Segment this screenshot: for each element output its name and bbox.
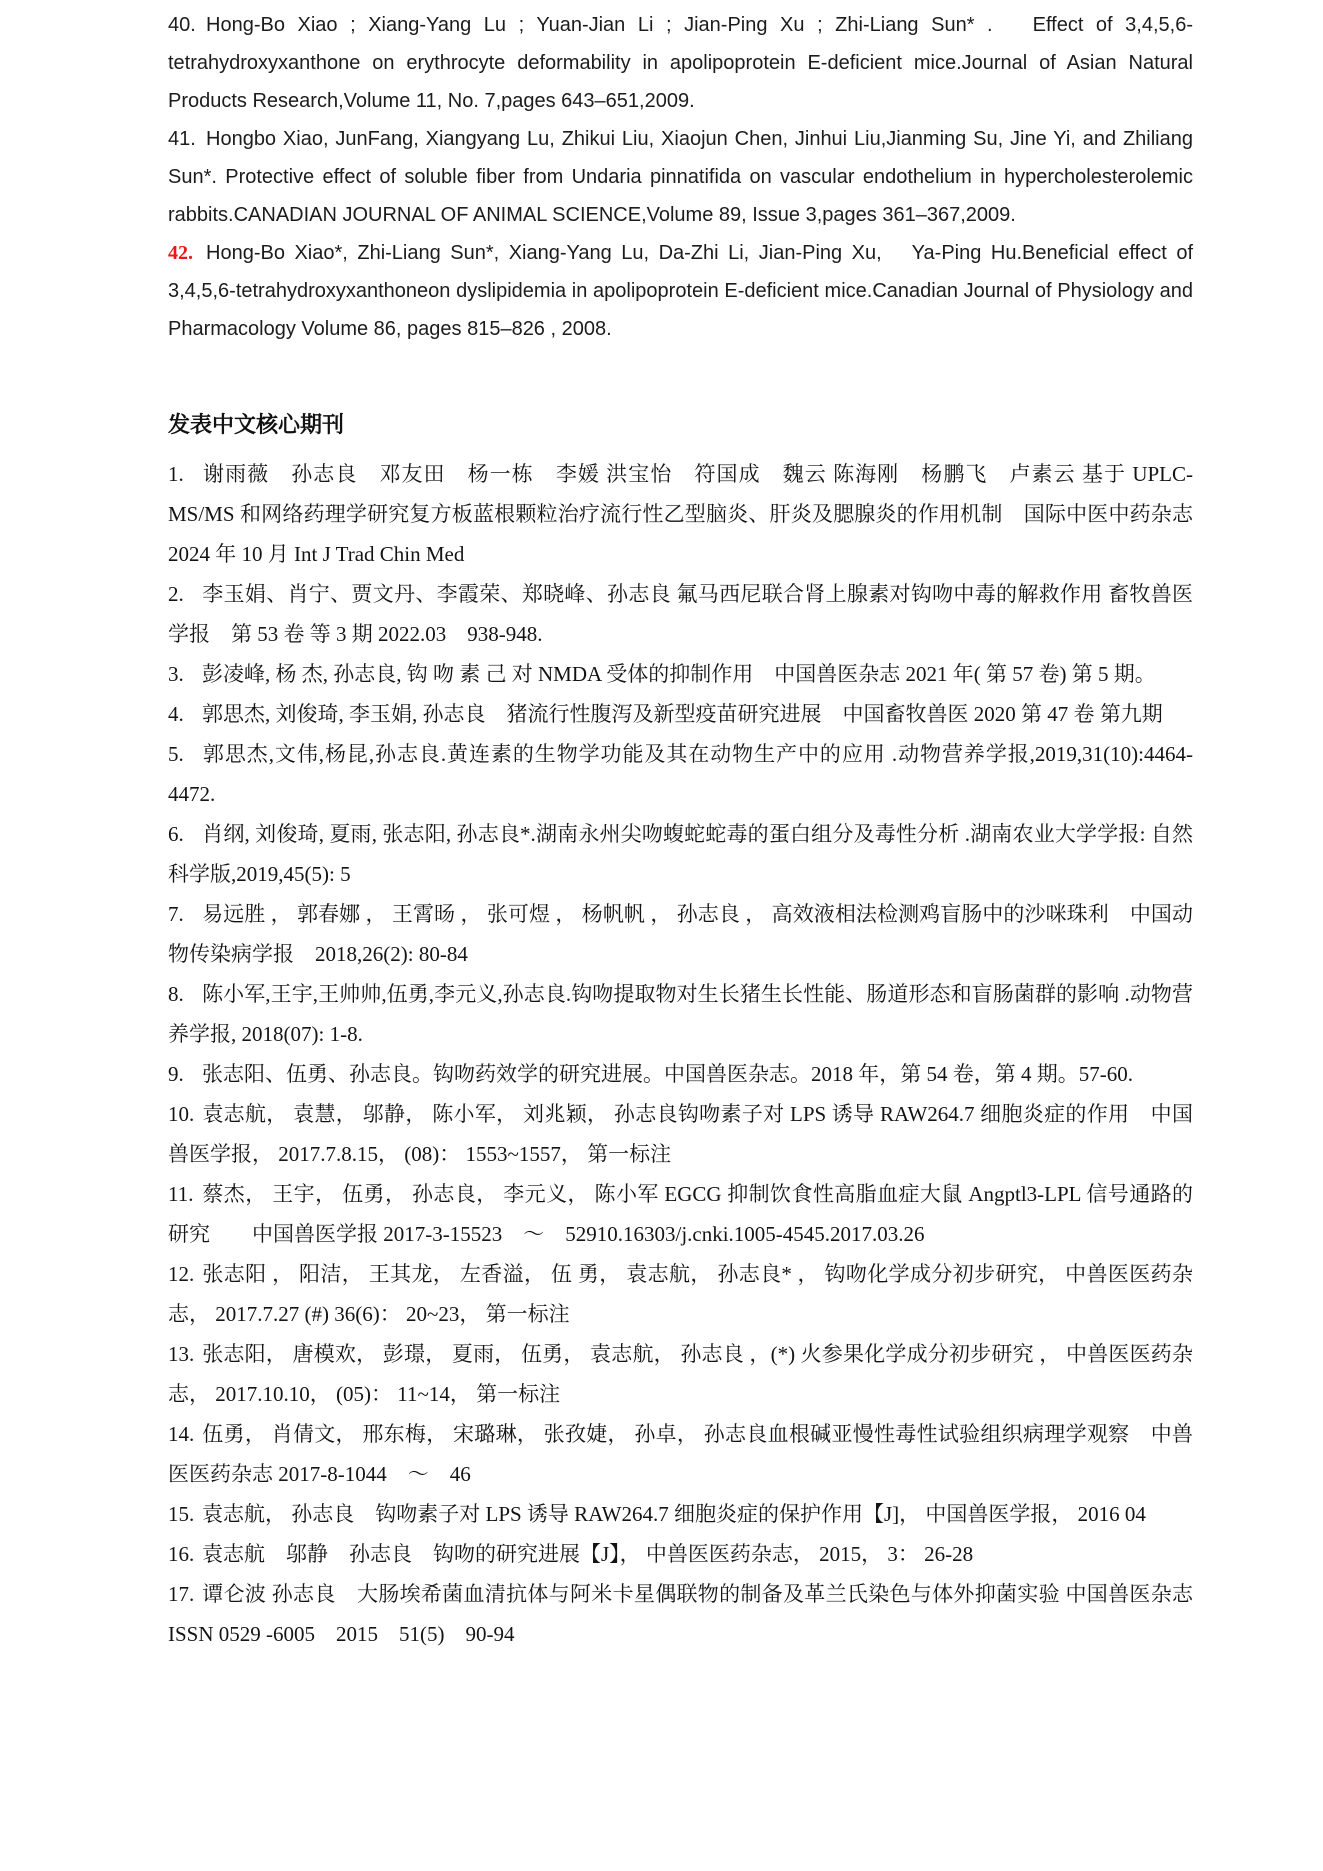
- reference-text: 蔡杰， 王宇， 伍勇， 孙志良， 李元义， 陈小军 EGCG 抑制饮食性高脂血症…: [168, 1182, 1193, 1246]
- reference-item-9: 9.张志阳、伍勇、孙志良。钩吻药效学的研究进展。中国兽医杂志。2018 年，第 …: [168, 1054, 1193, 1094]
- reference-number: 15.: [168, 1494, 202, 1534]
- reference-number: 8.: [168, 974, 202, 1014]
- reference-number: 7.: [168, 894, 202, 934]
- reference-item-15: 15.袁志航， 孙志良 钩吻素子对 LPS 诱导 RAW264.7 细胞炎症的保…: [168, 1494, 1193, 1534]
- reference-number: 11.: [168, 1174, 202, 1214]
- reference-item-4: 4.郭思杰, 刘俊琦, 李玉娟, 孙志良 猪流行性腹泻及新型疫苗研究进展 中国畜…: [168, 694, 1193, 734]
- reference-text: 袁志航， 袁慧， 邬静， 陈小军， 刘兆颖， 孙志良钩吻素子对 LPS 诱导 R…: [168, 1102, 1193, 1166]
- reference-text: 陈小军,王宇,王帅帅,伍勇,李元义,孙志良.钩吻提取物对生长猪生长性能、肠道形态…: [168, 982, 1193, 1046]
- reference-number: 3.: [168, 654, 202, 694]
- reference-number: 1.: [168, 454, 202, 494]
- reference-number: 16.: [168, 1534, 202, 1574]
- reference-item-17: 17.谭仑波 孙志良 大肠埃希菌血清抗体与阿米卡星偶联物的制备及革兰氏染色与体外…: [168, 1574, 1193, 1654]
- reference-item-7: 7.易远胜 ， 郭春娜 ， 王霄旸 ， 张可煜 ， 杨帆帆 ， 孙志良 ， 高效…: [168, 894, 1193, 974]
- reference-item-41: 41.Hongbo Xiao, JunFang, Xiangyang Lu, Z…: [168, 120, 1193, 234]
- reference-number: 9.: [168, 1054, 202, 1094]
- reference-text: 郭思杰,文伟,杨昆,孙志良.黄连素的生物学功能及其在动物生产中的应用 .动物营养…: [168, 742, 1193, 806]
- reference-number: 4.: [168, 694, 202, 734]
- reference-number: 12.: [168, 1254, 202, 1294]
- reference-text: Hong-Bo Xiao ; Xiang-Yang Lu ; Yuan-Jian…: [168, 14, 1193, 112]
- section-heading: 发表中文核心期刊: [168, 410, 1193, 440]
- reference-number: 40.: [168, 6, 206, 44]
- reference-text: 张志阳， 唐模欢， 彭璟， 夏雨， 伍勇， 袁志航， 孙志良 ，(*) 火参果化…: [168, 1342, 1193, 1406]
- document-page: 40.Hong-Bo Xiao ; Xiang-Yang Lu ; Yuan-J…: [0, 0, 1323, 1871]
- chinese-publications-section: 1.谢雨薇 孙志良 邓友田 杨一栋 李媛 洪宝怡 符国成 魏云 陈海刚 杨鹏飞 …: [168, 454, 1193, 1654]
- reference-text: 谭仑波 孙志良 大肠埃希菌血清抗体与阿米卡星偶联物的制备及革兰氏染色与体外抑菌实…: [168, 1582, 1193, 1646]
- reference-text: 袁志航 邬静 孙志良 钩吻的研究进展【J】， 中兽医医药杂志， 2015， 3：…: [202, 1542, 973, 1566]
- reference-number: 41.: [168, 120, 206, 158]
- reference-text: 郭思杰, 刘俊琦, 李玉娟, 孙志良 猪流行性腹泻及新型疫苗研究进展 中国畜牧兽…: [202, 702, 1163, 726]
- reference-text: 彭凌峰, 杨 杰, 孙志良, 钩 吻 素 己 对 NMDA 受体的抑制作用 中国…: [202, 662, 1156, 686]
- reference-item-1: 1.谢雨薇 孙志良 邓友田 杨一栋 李媛 洪宝怡 符国成 魏云 陈海刚 杨鹏飞 …: [168, 454, 1193, 574]
- reference-number: 14.: [168, 1414, 202, 1454]
- reference-text: Hong-Bo Xiao*, Zhi-Liang Sun*, Xiang-Yan…: [168, 242, 1193, 340]
- reference-item-2: 2.李玉娟、肖宁、贾文丹、李霞荣、郑晓峰、孙志良 氟马西尼联合肾上腺素对钩吻中毒…: [168, 574, 1193, 654]
- reference-item-8: 8.陈小军,王宇,王帅帅,伍勇,李元义,孙志良.钩吻提取物对生长猪生长性能、肠道…: [168, 974, 1193, 1054]
- reference-text: 肖纲, 刘俊琦, 夏雨, 张志阳, 孙志良*.湖南永州尖吻蝮蛇蛇毒的蛋白组分及毒…: [168, 822, 1193, 886]
- reference-item-42: 42.Hong-Bo Xiao*, Zhi-Liang Sun*, Xiang-…: [168, 234, 1193, 348]
- reference-item-12: 12.张志阳 ， 阳洁， 王其龙， 左香溢， 伍 勇， 袁志航， 孙志良* ， …: [168, 1254, 1193, 1334]
- reference-item-40: 40.Hong-Bo Xiao ; Xiang-Yang Lu ; Yuan-J…: [168, 6, 1193, 120]
- reference-text: 谢雨薇 孙志良 邓友田 杨一栋 李媛 洪宝怡 符国成 魏云 陈海刚 杨鹏飞 卢素…: [168, 462, 1214, 566]
- reference-number: 17.: [168, 1574, 202, 1614]
- reference-item-14: 14.伍勇， 肖倩文， 邢东梅， 宋璐琳， 张孜婕， 孙卓， 孙志良血根碱亚慢性…: [168, 1414, 1193, 1494]
- reference-number-highlighted: 42.: [168, 234, 206, 272]
- english-publications-section: 40.Hong-Bo Xiao ; Xiang-Yang Lu ; Yuan-J…: [168, 6, 1193, 348]
- reference-text: 张志阳、伍勇、孙志良。钩吻药效学的研究进展。中国兽医杂志。2018 年，第 54…: [202, 1062, 1133, 1086]
- reference-text: 张志阳 ， 阳洁， 王其龙， 左香溢， 伍 勇， 袁志航， 孙志良* ， 钩吻化…: [168, 1262, 1193, 1326]
- reference-number: 5.: [168, 734, 202, 774]
- reference-number: 10.: [168, 1094, 202, 1134]
- reference-number: 6.: [168, 814, 202, 854]
- reference-text: Hongbo Xiao, JunFang, Xiangyang Lu, Zhik…: [168, 128, 1193, 226]
- reference-text: 伍勇， 肖倩文， 邢东梅， 宋璐琳， 张孜婕， 孙卓， 孙志良血根碱亚慢性毒性试…: [168, 1422, 1193, 1486]
- reference-text: 袁志航， 孙志良 钩吻素子对 LPS 诱导 RAW264.7 细胞炎症的保护作用…: [202, 1502, 1146, 1526]
- reference-number: 2.: [168, 574, 202, 614]
- reference-text: 李玉娟、肖宁、贾文丹、李霞荣、郑晓峰、孙志良 氟马西尼联合肾上腺素对钩吻中毒的解…: [168, 582, 1193, 646]
- reference-item-16: 16.袁志航 邬静 孙志良 钩吻的研究进展【J】， 中兽医医药杂志， 2015，…: [168, 1534, 1193, 1574]
- reference-item-6: 6.肖纲, 刘俊琦, 夏雨, 张志阳, 孙志良*.湖南永州尖吻蝮蛇蛇毒的蛋白组分…: [168, 814, 1193, 894]
- reference-number: 13.: [168, 1334, 202, 1374]
- reference-item-3: 3.彭凌峰, 杨 杰, 孙志良, 钩 吻 素 己 对 NMDA 受体的抑制作用 …: [168, 654, 1193, 694]
- reference-item-13: 13.张志阳， 唐模欢， 彭璟， 夏雨， 伍勇， 袁志航， 孙志良 ，(*) 火…: [168, 1334, 1193, 1414]
- reference-text: 易远胜 ， 郭春娜 ， 王霄旸 ， 张可煜 ， 杨帆帆 ， 孙志良 ， 高效液相…: [168, 902, 1193, 966]
- reference-item-10: 10.袁志航， 袁慧， 邬静， 陈小军， 刘兆颖， 孙志良钩吻素子对 LPS 诱…: [168, 1094, 1193, 1174]
- reference-item-5: 5.郭思杰,文伟,杨昆,孙志良.黄连素的生物学功能及其在动物生产中的应用 .动物…: [168, 734, 1193, 814]
- reference-item-11: 11.蔡杰， 王宇， 伍勇， 孙志良， 李元义， 陈小军 EGCG 抑制饮食性高…: [168, 1174, 1193, 1254]
